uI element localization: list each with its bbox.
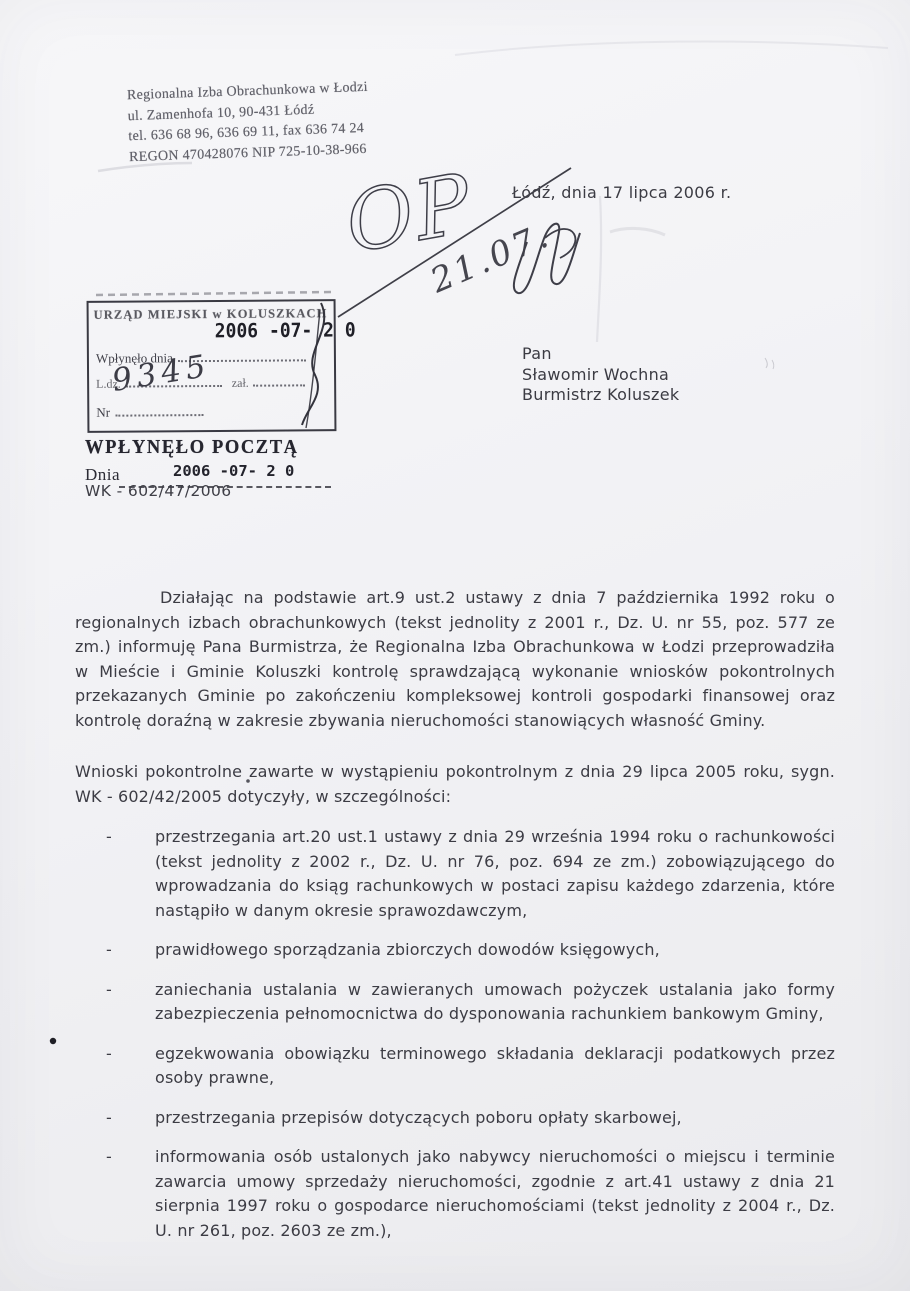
post-stamp-date-value: 2006 -07- 2 0: [173, 462, 294, 480]
ink-smudge: [765, 358, 774, 369]
received-date-row: Wpłynęło dnia: [96, 348, 306, 366]
handwritten-op-initials: OP: [339, 156, 480, 272]
scanned-letter-page: Regionalna Izba Obrachunkowa w Łodzi ul.…: [0, 0, 910, 1291]
post-stamp-title: WPŁYNĘŁO POCZTĄ: [85, 437, 345, 459]
paragraph-legal-basis: Działając na podstawie art.9 ust.2 ustaw…: [75, 586, 835, 733]
list-item-text: informowania osób ustalonych jako nabywc…: [155, 1147, 835, 1240]
pencil-smudge: [610, 228, 665, 235]
stamp-dashed-line: [119, 486, 331, 488]
recipient-salutation: Pan: [522, 344, 679, 365]
received-stamp-date: 2006 -07- 2 0: [215, 319, 356, 343]
list-item: -informowania osób ustalonych jako nabyw…: [75, 1145, 835, 1243]
list-item-text: zaniechania ustalania w zawieranych umow…: [155, 980, 835, 1024]
list-item-text: prawidłowego sporządzania zbiorczych dow…: [155, 940, 660, 959]
letterhead-stamp: Regionalna Izba Obrachunkowa w Łodzi ul.…: [127, 78, 371, 168]
letter-date: Łódź, dnia 17 lipca 2006 r.: [512, 183, 731, 202]
dash-bullet: -: [106, 1042, 112, 1067]
list-item-text: przestrzegania art.20 ust.1 ustawy z dni…: [155, 827, 835, 920]
ldz-label: L.dz.: [96, 377, 121, 391]
paper-crease: [597, 196, 601, 342]
list-item-text: przestrzegania przepisów dotyczących pob…: [155, 1108, 682, 1127]
letter-body: Działając na podstawie art.9 ust.2 ustaw…: [75, 586, 835, 1258]
dash-bullet: -: [106, 1106, 112, 1131]
dash-bullet: -: [106, 978, 112, 1003]
ldz-row: L.dz.zał.: [96, 373, 305, 391]
list-item: -zaniechania ustalania w zawieranych umo…: [75, 978, 835, 1027]
signature-scribble: [514, 224, 580, 293]
dotted-line: [126, 374, 222, 388]
recipient-title: Burmistrz Koluszek: [522, 385, 679, 406]
paragraph-conclusions-intro: Wnioski pokontrolne zawarte w wystąpieni…: [75, 760, 835, 809]
list-item: -przestrzegania art.20 ust.1 ustawy z dn…: [75, 825, 835, 923]
handwritten-date: 21.07.: [424, 215, 557, 302]
nr-row: Nr: [96, 403, 203, 421]
signature-scribble-loop: [545, 229, 575, 258]
dash-bullet: -: [106, 1145, 112, 1170]
dash-bullet: -: [106, 938, 112, 963]
zal-label: zał.: [232, 376, 249, 390]
dotted-line: [178, 348, 306, 362]
received-stamp-box: URZĄD MIEJSKI w KOLUSZKACH 2006 -07- 2 0…: [87, 299, 337, 433]
paper-crease: [455, 42, 888, 55]
post-stamp-date-label: Dnia: [85, 465, 120, 484]
ink-dot: [50, 1038, 56, 1044]
dotted-line: [253, 373, 305, 386]
stamp-edge-artifact: [96, 292, 332, 295]
received-label: Wpłynęło dnia: [96, 350, 173, 366]
conclusions-list: -przestrzegania art.20 ust.1 ustawy z dn…: [75, 825, 835, 1243]
post-stamp-date-row: Dnia 2006 -07- 2 0: [85, 465, 345, 485]
list-item: -przestrzegania przepisów dotyczących po…: [75, 1106, 835, 1131]
nr-label: Nr: [96, 405, 110, 420]
list-item: -prawidłowego sporządzania zbiorczych do…: [75, 938, 835, 963]
recipient-block: Pan Sławomir Wochna Burmistrz Koluszek: [522, 344, 679, 406]
post-received-stamp: WPŁYNĘŁO POCZTĄ Dnia 2006 -07- 2 0 WK - …: [85, 437, 345, 500]
list-item-text: egzekwowania obowiązku terminowego skład…: [155, 1044, 835, 1088]
recipient-name: Sławomir Wochna: [522, 365, 679, 386]
list-item: -egzekwowania obowiązku terminowego skła…: [75, 1042, 835, 1091]
dotted-line: [115, 403, 203, 417]
dash-bullet: -: [106, 825, 112, 850]
